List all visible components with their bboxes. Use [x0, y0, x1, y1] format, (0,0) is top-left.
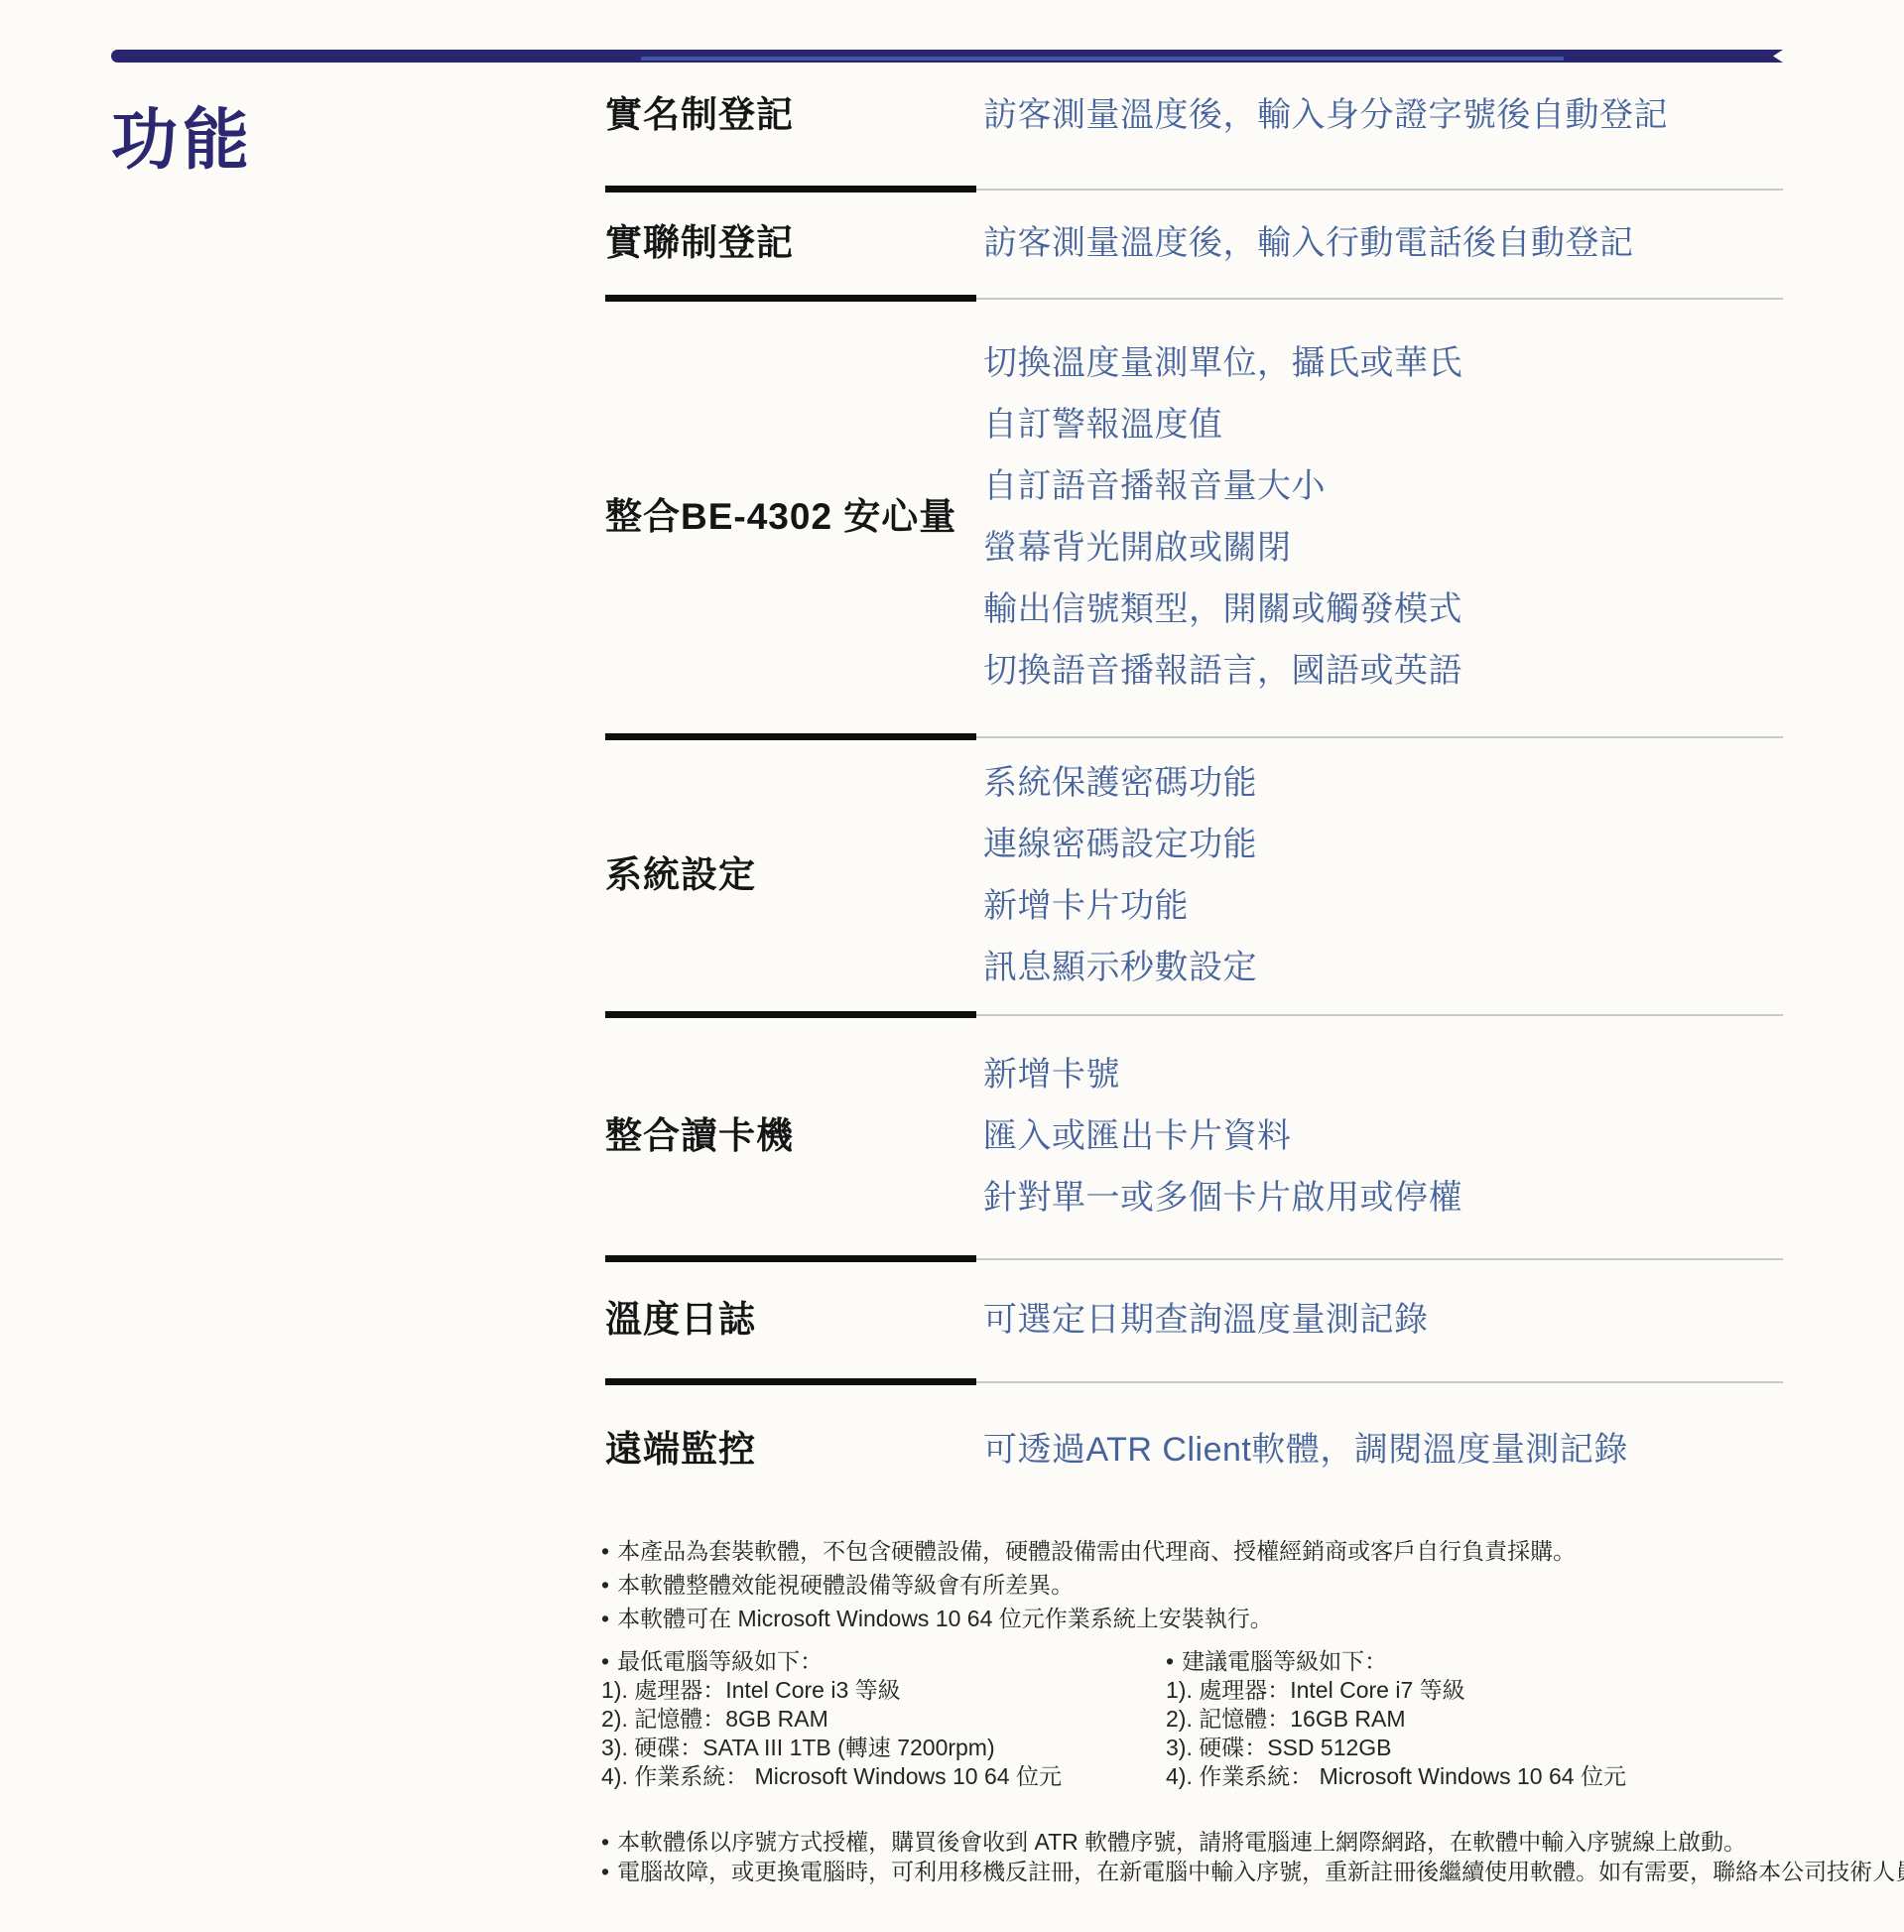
spec-recommended-heading-text: 建議電腦等級如下： — [1182, 1648, 1387, 1674]
license-notes-list: •本軟體係以序號方式授權，購買後會收到 ATR 軟體序號，請將電腦連上網際網路，… — [601, 1827, 1904, 1886]
bullet-icon: • — [601, 1829, 609, 1855]
spec-column-minimum: •最低電腦等級如下： 1). 處理器：Intel Core i3 等級2). 記… — [601, 1647, 1166, 1791]
feature-label: 系統設定 — [605, 853, 983, 897]
feature-value-line: 切換語音播報語言，國語或英語 — [983, 640, 1783, 702]
feature-values: 切換溫度量測單位，攝氏或華氏自訂警報溫度值自訂語音播報音量大小螢幕背光開啟或關閉… — [983, 332, 1783, 702]
spec-recommended-heading: •建議電腦等級如下： — [1166, 1647, 1626, 1676]
feature-label: 整合BE-4302 安心量 — [605, 495, 983, 539]
feature-value-line: 匯入或匯出卡片資料 — [983, 1105, 1783, 1167]
feature-value-line: 連線密碼設定功能 — [983, 814, 1783, 875]
note-line: 4). 作業系統： Microsoft Windows 10 64 位元 — [1166, 1762, 1626, 1791]
feature-value-line: 切換溫度量測單位，攝氏或華氏 — [983, 332, 1783, 394]
bullet-icon: • — [601, 1572, 609, 1598]
note-line: 3). 硬碟：SATA III 1TB (轉速 7200rpm) — [601, 1734, 1166, 1762]
feature-row: 遠端監控可透過ATR Client軟體，調閱溫度量測記錄 — [605, 1381, 1783, 1518]
feature-row: 整合BE-4302 安心量切換溫度量測單位，攝氏或華氏自訂警報溫度值自訂語音播報… — [605, 298, 1783, 736]
note-line: 2). 記憶體：8GB RAM — [601, 1705, 1166, 1734]
feature-values: 訪客測量溫度後，輸入行動電話後自動登記 — [983, 212, 1783, 274]
computer-specs: •最低電腦等級如下： 1). 處理器：Intel Core i3 等級2). 記… — [601, 1647, 1626, 1791]
spec-recommended-items: 1). 處理器：Intel Core i7 等級2). 記憶體：16GB RAM… — [1166, 1676, 1626, 1791]
feature-value-line: 系統保護密碼功能 — [983, 752, 1783, 814]
feature-row: 整合讀卡機新增卡號匯入或匯出卡片資料針對單一或多個卡片啟用或停權 — [605, 1014, 1783, 1258]
bullet-icon: • — [601, 1538, 609, 1564]
note-line: •本軟體係以序號方式授權，購買後會收到 ATR 軟體序號，請將電腦連上網際網路，… — [601, 1827, 1904, 1857]
bullet-icon: • — [601, 1648, 609, 1674]
feature-label: 整合讀卡機 — [605, 1114, 983, 1158]
feature-values: 系統保護密碼功能連線密碼設定功能新增卡片功能訊息顯示秒數設定 — [983, 752, 1783, 998]
feature-label: 實名制登記 — [605, 93, 983, 137]
feature-label: 遠端監控 — [605, 1428, 983, 1472]
feature-value-line: 螢幕背光開啟或關閉 — [983, 517, 1783, 579]
feature-value-line: 針對單一或多個卡片啟用或停權 — [983, 1167, 1783, 1228]
features-table: 實名制登記訪客測量溫度後，輸入身分證字號後自動登記實聯制登記訪客測量溫度後，輸入… — [605, 79, 1783, 1518]
feature-value-line: 輸出信號類型，開關或觸發模式 — [983, 579, 1783, 640]
feature-value-line: 自訂語音播報音量大小 — [983, 455, 1783, 517]
top-rule-stripe — [641, 57, 1564, 61]
note-line: •電腦故障，或更換電腦時，可利用移機反註冊，在新電腦中輸入序號，重新註冊後繼續使… — [601, 1857, 1904, 1886]
feature-value-line: 可選定日期查詢溫度量測記錄 — [983, 1289, 1783, 1351]
feature-values: 訪客測量溫度後，輸入身分證字號後自動登記 — [983, 93, 1783, 137]
bullet-icon: • — [601, 1606, 609, 1631]
feature-value-line: 訪客測量溫度後，輸入身分證字號後自動登記 — [983, 93, 1783, 137]
feature-row: 溫度日誌可選定日期查詢溫度量測記錄 — [605, 1258, 1783, 1381]
feature-label: 溫度日誌 — [605, 1298, 983, 1342]
feature-values: 新增卡號匯入或匯出卡片資料針對單一或多個卡片啟用或停權 — [983, 1044, 1783, 1228]
note-line: •本產品為套裝軟體，不包含硬體設備，硬體設備需由代理商、授權經銷商或客戶自行負責… — [601, 1534, 1576, 1568]
feature-row: 系統設定系統保護密碼功能連線密碼設定功能新增卡片功能訊息顯示秒數設定 — [605, 736, 1783, 1014]
feature-row: 實聯制登記訪客測量溫度後，輸入行動電話後自動登記 — [605, 189, 1783, 298]
top-rule-bar — [111, 50, 1783, 63]
note-line: 3). 硬碟：SSD 512GB — [1166, 1734, 1626, 1762]
feature-value-line: 訊息顯示秒數設定 — [983, 937, 1783, 998]
feature-value-line: 可透過ATR Client軟體，調閱溫度量測記錄 — [983, 1419, 1783, 1481]
note-line: 1). 處理器：Intel Core i7 等級 — [1166, 1676, 1626, 1705]
page: 功能 實名制登記訪客測量溫度後，輸入身分證字號後自動登記實聯制登記訪客測量溫度後… — [0, 0, 1904, 1932]
note-line: 4). 作業系統： Microsoft Windows 10 64 位元 — [601, 1762, 1166, 1791]
feature-row: 實名制登記訪客測量溫度後，輸入身分證字號後自動登記 — [605, 79, 1783, 189]
note-line: •本軟體整體效能視硬體設備等級會有所差異。 — [601, 1568, 1576, 1602]
feature-value-line: 新增卡號 — [983, 1044, 1783, 1105]
page-title: 功能 — [111, 105, 254, 177]
bullet-icon: • — [1166, 1648, 1174, 1674]
spec-minimum-heading: •最低電腦等級如下： — [601, 1647, 1166, 1676]
general-notes-list: •本產品為套裝軟體，不包含硬體設備，硬體設備需由代理商、授權經銷商或客戶自行負責… — [601, 1534, 1576, 1635]
spec-minimum-heading-text: 最低電腦等級如下： — [617, 1648, 823, 1674]
feature-value-line: 訪客測量溫度後，輸入行動電話後自動登記 — [983, 212, 1783, 274]
spec-minimum-items: 1). 處理器：Intel Core i3 等級2). 記憶體：8GB RAM3… — [601, 1676, 1166, 1791]
note-line: 2). 記憶體：16GB RAM — [1166, 1705, 1626, 1734]
feature-label: 實聯制登記 — [605, 221, 983, 265]
feature-values: 可選定日期查詢溫度量測記錄 — [983, 1289, 1783, 1351]
note-line: 1). 處理器：Intel Core i3 等級 — [601, 1676, 1166, 1705]
note-line: •本軟體可在 Microsoft Windows 10 64 位元作業系統上安裝… — [601, 1602, 1576, 1635]
feature-values: 可透過ATR Client軟體，調閱溫度量測記錄 — [983, 1419, 1783, 1481]
feature-value-line: 新增卡片功能 — [983, 875, 1783, 937]
feature-value-line: 自訂警報溫度值 — [983, 394, 1783, 455]
bullet-icon: • — [601, 1859, 609, 1884]
spec-column-recommended: •建議電腦等級如下： 1). 處理器：Intel Core i7 等級2). 記… — [1166, 1647, 1626, 1791]
